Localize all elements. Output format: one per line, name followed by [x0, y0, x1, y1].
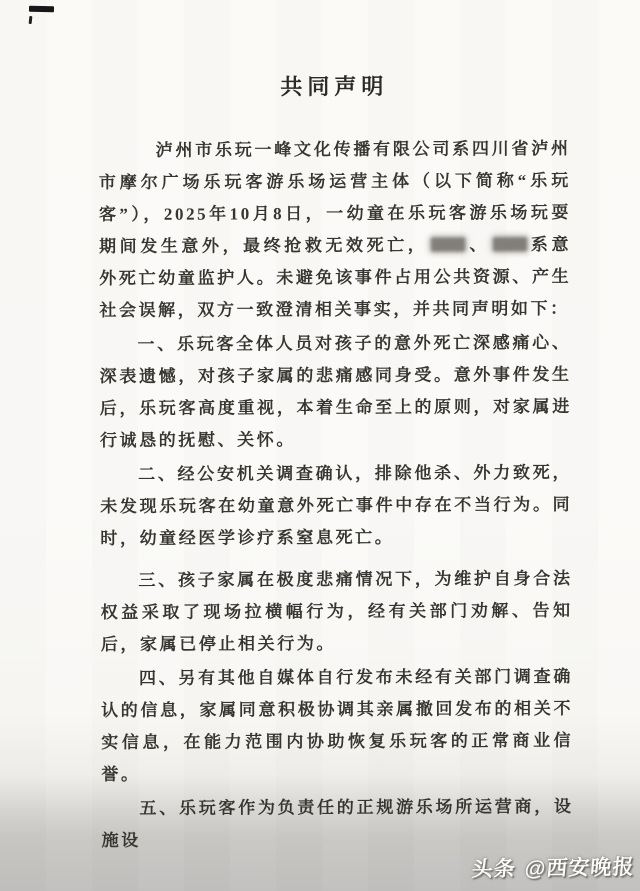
document-title: 共同声明 [98, 73, 570, 101]
redacted-name-2-blur [493, 237, 527, 251]
toutiao-logo-text: 头条 [470, 858, 516, 882]
watermark-account-name: @西安晚报 [523, 856, 635, 881]
toutiao-watermark: 头条@西安晚报 [470, 851, 635, 883]
statement-item-3: 三、孩子家属在极度悲痛情况下，为维护自身合法权益采取了现场拉横幅行为，经有关部门… [100, 563, 572, 661]
document-photo: 共同声明 泸州市乐玩一峰文化传播有限公司系四川省泸州市摩尔广场乐玩客游乐场运营主… [0, 0, 640, 891]
corner-mark-tick [29, 16, 33, 24]
redacted-name-1-blur [431, 237, 465, 251]
statement-item-2: 二、经公安机关调查确认，排除他杀、外力致死，未发现乐玩客在幼童意外死亡事件中存在… [100, 457, 572, 555]
statement-item-1: 一、乐玩客全体人员对孩子的意外死亡深感痛心、深表遗憾，对孩子家属的悲痛感同身受。… [99, 327, 572, 457]
intro-paragraph: 泸州市乐玩一峰文化传播有限公司系四川省泸州市摩尔广场乐玩客游乐场运营主体（以下简… [99, 133, 572, 327]
corner-crop-mark [27, 4, 57, 26]
corner-mark-bar [29, 6, 54, 13]
intro-separator: 、 [468, 235, 490, 254]
joint-statement-document: 共同声明 泸州市乐玩一峰文化传播有限公司系四川省泸州市摩尔广场乐玩客游乐场运营主… [98, 61, 573, 857]
statement-item-5: 五、乐玩客作为负责任的正规游乐场所运营商，设施设 [101, 791, 573, 857]
statement-item-4: 四、另有其他自媒体自行发布未经有关部门调查确认的信息，家属同意积极协调其亲属撤回… [101, 661, 574, 791]
